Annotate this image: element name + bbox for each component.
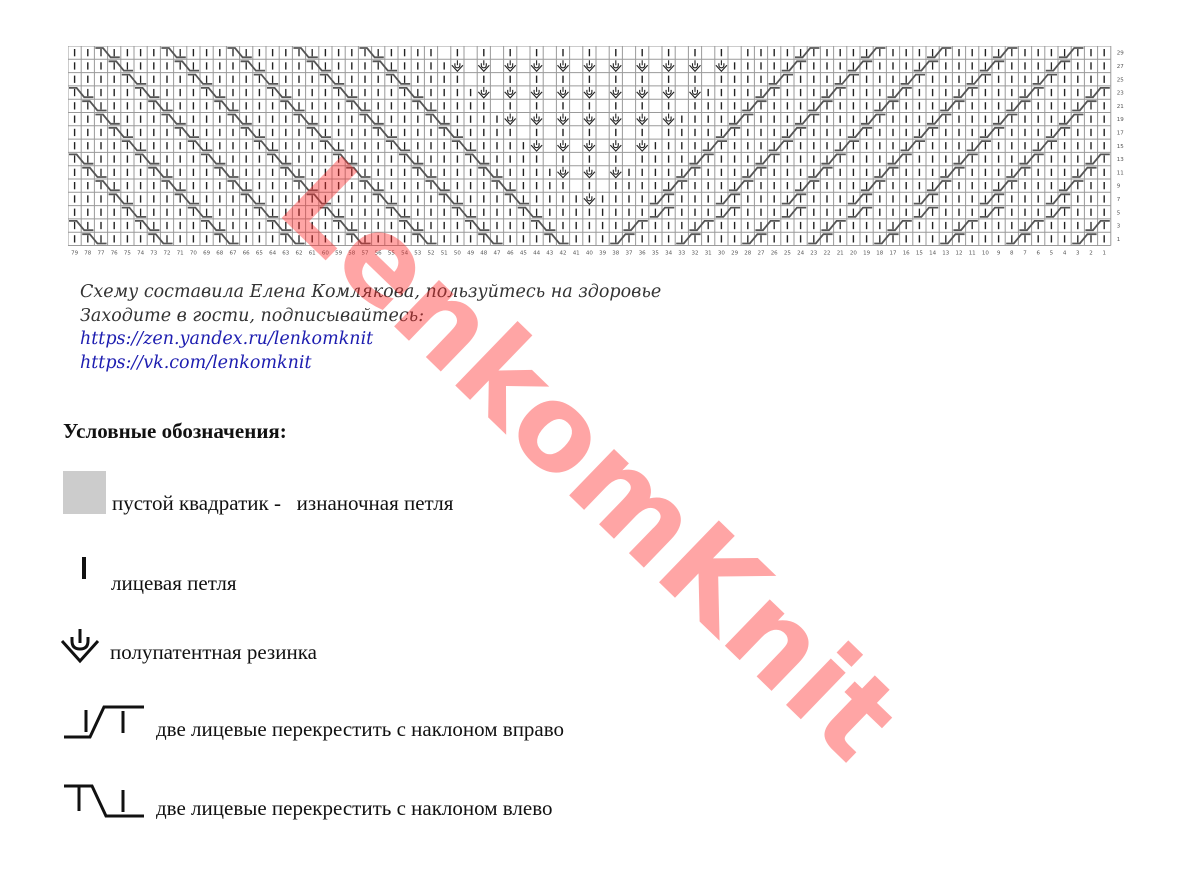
svg-text:45: 45 [520, 251, 527, 257]
svg-text:15: 15 [1117, 144, 1124, 150]
svg-text:69: 69 [203, 251, 210, 257]
svg-text:19: 19 [1117, 117, 1124, 123]
legend-label: пустой квадратик - изнаночная петля [112, 491, 453, 516]
svg-text:26: 26 [771, 251, 778, 257]
credits: Схему составила Елена Комлякова, пользуй… [80, 281, 661, 375]
svg-text:34: 34 [665, 251, 672, 257]
svg-text:2: 2 [1089, 251, 1093, 257]
svg-text:64: 64 [269, 251, 276, 257]
svg-text:36: 36 [639, 251, 646, 257]
svg-text:15: 15 [916, 251, 923, 257]
svg-text:29: 29 [731, 251, 738, 257]
cross-right-icon [62, 700, 152, 742]
svg-text:9: 9 [997, 251, 1001, 257]
svg-text:5: 5 [1117, 210, 1121, 216]
svg-text:10: 10 [982, 251, 989, 257]
svg-text:27: 27 [1117, 64, 1124, 70]
svg-text:20: 20 [850, 251, 857, 257]
svg-text:49: 49 [467, 251, 474, 257]
svg-text:38: 38 [612, 251, 619, 257]
svg-text:61: 61 [309, 251, 316, 257]
svg-text:31: 31 [705, 251, 712, 257]
svg-text:52: 52 [428, 251, 435, 257]
svg-text:78: 78 [84, 251, 91, 257]
credits-invite: Заходите в гости, подписывайтесь: [80, 305, 661, 329]
svg-text:24: 24 [797, 251, 804, 257]
vk-link[interactable]: https://vk.com/lenkomknit [80, 353, 312, 373]
svg-text:22: 22 [824, 251, 831, 257]
svg-text:28: 28 [744, 251, 751, 257]
svg-text:54: 54 [401, 251, 408, 257]
svg-text:48: 48 [480, 251, 487, 257]
svg-text:8: 8 [1010, 251, 1014, 257]
svg-text:72: 72 [164, 251, 171, 257]
svg-text:30: 30 [718, 251, 725, 257]
svg-text:77: 77 [98, 251, 105, 257]
svg-text:11: 11 [969, 251, 976, 257]
svg-text:13: 13 [1117, 157, 1124, 163]
knit-stitch-icon [63, 552, 111, 592]
legend-item-purl: пустой квадратик - изнаночная петля [63, 471, 453, 514]
svg-text:21: 21 [837, 251, 844, 257]
svg-text:75: 75 [124, 251, 131, 257]
half-fisherman-rib-icon [59, 627, 107, 669]
svg-text:50: 50 [454, 251, 461, 257]
purl-square-icon [63, 471, 106, 514]
svg-text:18: 18 [876, 251, 883, 257]
svg-text:70: 70 [190, 251, 197, 257]
svg-text:46: 46 [507, 251, 514, 257]
svg-text:17: 17 [1117, 130, 1124, 136]
legend-title: Условные обозначения: [63, 419, 287, 444]
svg-text:13: 13 [942, 251, 949, 257]
svg-text:32: 32 [692, 251, 699, 257]
svg-text:65: 65 [256, 251, 263, 257]
svg-text:37: 37 [626, 251, 633, 257]
svg-text:73: 73 [150, 251, 157, 257]
svg-text:55: 55 [388, 251, 395, 257]
svg-text:39: 39 [599, 251, 606, 257]
legend-label: полупатентная резинка [110, 640, 317, 665]
svg-text:66: 66 [243, 251, 250, 257]
svg-text:5: 5 [1050, 251, 1054, 257]
svg-text:1: 1 [1117, 237, 1121, 243]
svg-text:68: 68 [216, 251, 223, 257]
svg-text:3: 3 [1117, 224, 1121, 230]
svg-text:67: 67 [230, 251, 237, 257]
svg-text:14: 14 [929, 251, 936, 257]
svg-text:57: 57 [362, 251, 369, 257]
legend-item-cross-left: две лицевые перекрестить с наклоном влев… [62, 779, 549, 821]
svg-text:7: 7 [1117, 197, 1121, 203]
svg-text:11: 11 [1117, 170, 1124, 176]
svg-text:4: 4 [1063, 251, 1067, 257]
legend-item-cross-right: две лицевые перекрестить с наклоном впра… [62, 700, 560, 742]
svg-text:43: 43 [546, 251, 553, 257]
svg-text:41: 41 [573, 251, 580, 257]
svg-text:74: 74 [137, 251, 144, 257]
svg-text:76: 76 [111, 251, 118, 257]
svg-text:16: 16 [903, 251, 910, 257]
svg-text:53: 53 [414, 251, 421, 257]
svg-text:21: 21 [1117, 104, 1124, 110]
svg-text:42: 42 [560, 251, 567, 257]
svg-text:1: 1 [1102, 251, 1106, 257]
svg-text:25: 25 [1117, 77, 1124, 83]
cross-left-icon [62, 779, 152, 821]
svg-text:63: 63 [282, 251, 289, 257]
credits-author: Схему составила Елена Комлякова, пользуй… [80, 281, 661, 305]
svg-text:23: 23 [1117, 91, 1124, 97]
svg-text:35: 35 [652, 251, 659, 257]
svg-text:7: 7 [1023, 251, 1027, 257]
svg-text:25: 25 [784, 251, 791, 257]
chart-grid: 7978777675747372717069686766656463626160… [68, 46, 1151, 260]
svg-text:58: 58 [348, 251, 355, 257]
knitting-chart: 7978777675747372717069686766656463626160… [68, 46, 1151, 260]
svg-text:9: 9 [1117, 184, 1121, 190]
legend-label: две лицевые перекрестить с наклоном влев… [156, 796, 553, 821]
svg-text:71: 71 [177, 251, 184, 257]
zen-link[interactable]: https://zen.yandex.ru/lenkomknit [80, 329, 373, 349]
svg-text:56: 56 [375, 251, 382, 257]
svg-text:29: 29 [1117, 51, 1124, 57]
svg-text:62: 62 [296, 251, 303, 257]
svg-text:33: 33 [678, 251, 685, 257]
legend-label: две лицевые перекрестить с наклоном впра… [156, 717, 564, 742]
svg-text:79: 79 [71, 251, 78, 257]
svg-text:51: 51 [441, 251, 448, 257]
svg-text:47: 47 [494, 251, 501, 257]
svg-text:60: 60 [322, 251, 329, 257]
legend-item-knit: лицевая петля [63, 552, 237, 592]
legend-item-rib: полупатентная резинка [59, 627, 314, 669]
svg-text:40: 40 [586, 251, 593, 257]
svg-text:6: 6 [1036, 251, 1040, 257]
svg-text:12: 12 [956, 251, 963, 257]
legend-label: лицевая петля [111, 571, 237, 596]
svg-text:44: 44 [533, 251, 540, 257]
svg-text:3: 3 [1076, 251, 1080, 257]
svg-text:27: 27 [758, 251, 765, 257]
svg-text:19: 19 [863, 251, 870, 257]
svg-text:17: 17 [890, 251, 897, 257]
svg-text:59: 59 [335, 251, 342, 257]
svg-text:23: 23 [810, 251, 817, 257]
